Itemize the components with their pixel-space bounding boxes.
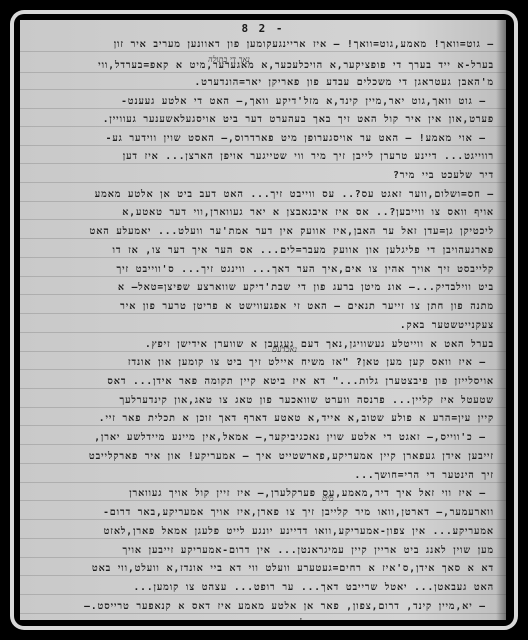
text-line: קיין עין=הרע א פולע שטוב,א אייד,א טאטע ד… [99, 412, 494, 426]
handwritten-note: נאך די בתולה [208, 55, 250, 64]
text-line: קלייבסט זיך אויך אהין צו אים,איך הער דאך… [117, 263, 494, 277]
frame-edge-right [514, 50, 518, 590]
text-line: אמעריקע... אין צפון-אמעריקע,וואו דדיינע … [104, 525, 494, 539]
scan-frame: 8 2 - – גוט=וואך! מאמע,גוט=וואך! – איז א… [0, 0, 528, 640]
text-line: – איז ווי זאל איך דיר,מאמע,עס פערקלערן,–… [129, 487, 486, 501]
text-line: פערט,און אין איר קול האט זיך באך בעהערט … [103, 113, 494, 127]
text-line: ווארעמער,– דארטן,וואו מיר קלייבן זיך צו … [103, 506, 494, 520]
text-line: – חס=ושלום,ווער זאגט עס?.. עס ווייבט זיך… [95, 188, 494, 202]
text-line: – גוט=וואך! מאמע,גוט=וואך! – איז אריינגע… [114, 38, 494, 52]
text-line: שטעטל איז קליין... פרנסה ווערט שוואכער פ… [119, 394, 494, 408]
typewritten-page: 8 2 - – גוט=וואך! מאמע,גוט=וואך! – איז א… [20, 20, 506, 620]
text-line: מתנה פון חתן צו זייער תנאים – האט זי אפג… [120, 300, 494, 314]
text-line: רווייגט... דיינע טרערן לייבן זיך מיר ווי… [123, 150, 494, 164]
text-line: מען שוין לאנג ביט אריין קיין עמיגראנטן..… [123, 544, 495, 558]
text-line: אויף וואס צו ווייבען?.. אס איז איבגאבצן … [122, 206, 494, 220]
page-number: 8 2 - [20, 22, 506, 35]
text-line: דא א סאך אידן,ס'איז א רחים=געטערע וועלט … [92, 562, 494, 576]
text-line: ביט ווילבדיק...– אונ מיטן ברעג פון די שב… [118, 281, 494, 295]
text-line: – איז וואס קען מען טאן? "אז משיח איילט ז… [128, 356, 486, 370]
handwritten-note: נאכדעם [272, 345, 297, 354]
text-line: האט געבאטן... יאטל שרייבט דאך... ער רופט… [133, 581, 494, 595]
text-line: צעקנייטשטער באק. [400, 319, 494, 333]
text-line: – יא,מיין קינד, דרום,צפון, פאר אן אלטע מ… [84, 600, 486, 614]
text-line: זיך הינטער די הרי=חושך... [355, 469, 494, 483]
frame-edge-top [50, 10, 478, 14]
text-line: דיר שלעכט ביי מיר? [393, 169, 494, 183]
text-line: – אוי מאמע! – האט ער אויסגערופן מיט פארד… [106, 132, 486, 146]
text-line: בערל-א ייד בערך די פופציקער,א הויכלעכער,… [98, 59, 494, 73]
text-line: – גוט וואך,גוט יאר,מיין קינד,א מזל'דיקע … [121, 95, 486, 109]
frame-edge-left [10, 50, 14, 590]
text-line: פארגעהויבן די פליגלען און אוועק מעבר=לים… [113, 244, 494, 258]
text-line: מ'האבן געטראגן די משכלים עבדע פון פאריקן… [195, 76, 495, 90]
text-line: – כ'ווייס,– זאגט די אלטע שוין נאכגיביקער… [94, 431, 486, 445]
text-line: אויסלייזן פון פיבצטערן גלות..." דא איז ב… [107, 375, 494, 389]
text-line: בערל האט א ווייטלע געשוויגן,נאך דעם געגע… [145, 338, 494, 352]
text-line: ליכטיקן גן=עדן זאל ער האבן,איז אוועק אין… [90, 225, 495, 239]
text-line: זייבען אידן געפארן קיין אמעריקע,פארשטייט… [89, 450, 494, 464]
handwritten-note: מיט [322, 494, 334, 503]
text-line: און אזוי ריידנדיק מיט אומעט,לאזט זי זיך … [137, 617, 454, 620]
frame-edge-bottom [50, 626, 478, 630]
